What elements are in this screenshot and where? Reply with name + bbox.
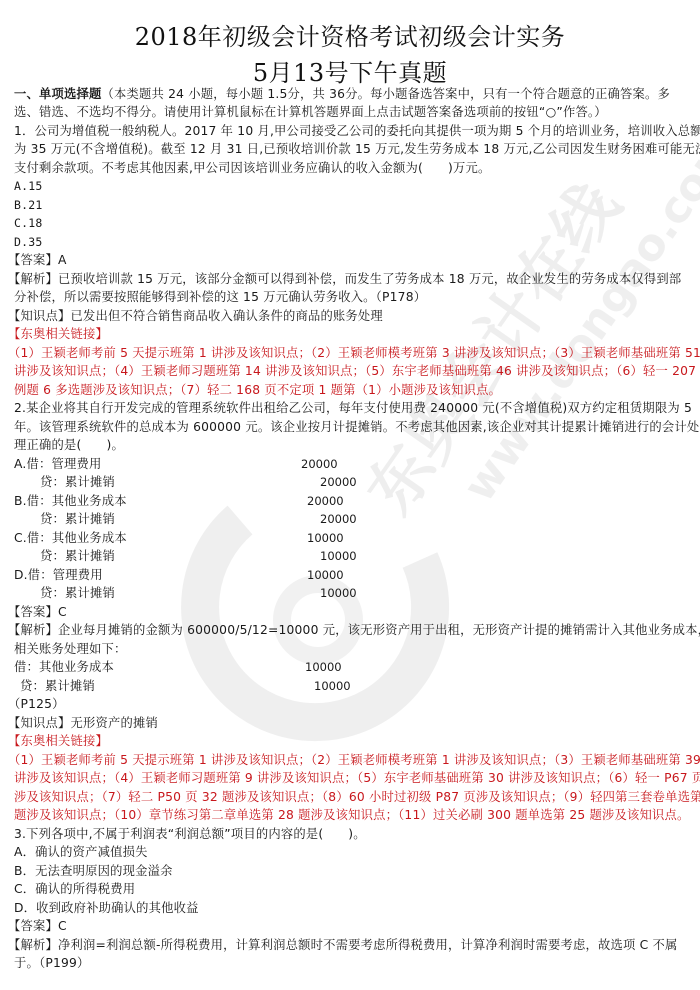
q2-related-links-line-3[interactable]: 涉及该知识点；（7）轻二 P50 页 32 题涉及该知识点；（8）60 小时过初… [14,788,700,806]
q1-option-a: A.15 [14,177,43,195]
q1-related-links-heading: 【东奥相关链接】 [8,325,108,343]
q2-option-a-debit: A.借：管理费用 [14,455,102,473]
q1-analysis-line-2: 分补偿，所以需要按照能够得到补偿的这 15 万元确认劳务收入。（P178） [14,288,426,306]
q1-answer: 【答案】A [8,251,67,269]
q2-analysis-line-2: 相关账务处理如下： [14,640,126,658]
q2-option-a-credit: 贷：累计摊销 [40,473,115,491]
q2-option-c-credit-amount: 10000 [320,547,357,565]
q2-stem-line-2: 年。该管理系统软件的总成本为 600000 元。该企业按月计提摊销。不考虑其他因… [14,418,699,436]
q2-stem-line-1: 2.某企业将其自行开发完成的管理系统软件出租给乙公司，每年支付使用费 24000… [14,399,692,417]
q2-page-ref: （P125） [8,695,65,713]
q2-entry-credit-amount: 10000 [314,677,351,695]
q2-option-c-credit: 贷：累计摊销 [40,547,115,565]
q2-option-d-debit: D.借：管理费用 [14,566,103,584]
q1-knowledge-point: 【知识点】已发出但不符合销售商品收入确认条件的商品的账务处理 [8,307,383,325]
exam-document: 2018年初级会计资格考试初级会计实务 5月13号下午真题 一、单项选择题（本类… [0,0,700,990]
q2-entry-debit: 借：其他业务成本 [14,658,114,676]
document-title: 2018年初级会计资格考试初级会计实务 [0,17,700,52]
q2-option-b-debit-amount: 20000 [307,492,344,510]
q2-option-d-credit-amount: 10000 [320,584,357,602]
q2-option-c-debit-amount: 10000 [307,529,344,547]
q2-option-a-debit-amount: 20000 [301,455,338,473]
q2-related-links-line-1[interactable]: （1）王颖老师考前 5 天提示班第 1 讲涉及该知识点；（2）王颖老师模考班第 … [8,751,700,769]
section-heading: 一、单项选择题 [14,87,101,101]
q2-related-links-line-2[interactable]: 讲涉及该知识点；（4）王颖老师习题班第 9 讲涉及该知识点；（5）东宇老师基础班… [14,769,700,787]
q1-option-d: D.35 [14,233,43,251]
q2-option-b-credit: 贷：累计摊销 [40,510,115,528]
q2-option-d-credit: 贷：累计摊销 [40,584,115,602]
q2-option-a-credit-amount: 20000 [320,473,357,491]
q3-analysis-line-2: 于。（P199） [14,954,90,972]
q1-stem-line-3: 支付剩余款项。不考虑其他因素,甲公司因该培训业务应确认的收入金额为( )万元。 [14,159,491,177]
q3-option-c: C．确认的所得税费用 [14,880,135,898]
q3-option-a: A．确认的资产减值损失 [14,843,148,861]
q1-option-c: C.18 [14,214,43,232]
q2-option-b-debit: B.借：其他业务成本 [14,492,127,510]
document-subtitle: 5月13号下午真题 [0,53,700,88]
q3-answer: 【答案】C [8,917,67,935]
q1-option-b: B.21 [14,196,43,214]
section-intro-line-2: 选、错选、不选均不得分。请使用计算机鼠标在计算机答题界面上点击试题答案备选项前的… [14,103,607,121]
q2-related-links-heading: 【东奥相关链接】 [8,732,108,750]
q1-related-links-line-1[interactable]: （1）王颖老师考前 5 天提示班第 1 讲涉及该知识点；（2）王颖老师模考班第 … [8,344,700,362]
q2-entry-debit-amount: 10000 [305,658,342,676]
q3-option-d: D．收到政府补助确认的其他收益 [14,899,199,917]
q2-option-b-credit-amount: 20000 [320,510,357,528]
q3-answer-value: C [58,919,67,933]
q1-stem-line-1: 1．公司为增值税一般纳税人。2017 年 10 月,甲公司接受乙公司的委托向其提… [14,122,700,140]
q2-stem-line-3: 理正确的是( )。 [14,436,124,454]
q2-answer: 【答案】C [8,603,67,621]
q1-answer-value: A [58,253,67,267]
q1-analysis-line-1: 【解析】已预收培训款 15 万元，该部分金额可以得到补偿，而发生了劳务成本 18… [8,270,681,288]
q1-related-links-line-3[interactable]: 例题 6 多选题涉及该知识点；（7）轻二 168 页不定项 1 题第（1）小题涉… [14,381,501,399]
q2-knowledge-point: 【知识点】无形资产的摊销 [8,714,158,732]
q2-option-d-debit-amount: 10000 [307,566,344,584]
q1-related-links-line-2[interactable]: 讲涉及该知识点；（4）王颖老师习题班第 14 讲涉及该知识点；（5）东宇老师基础… [14,362,700,380]
section-intro-line-1: 一、单项选择题（本类题共 24 小题，每小题 1.5分，共 36分。每小题备选答… [14,85,670,103]
q2-analysis-line-1: 【解析】企业每月摊销的金额为 600000/5/12=10000 元，该无形资产… [8,621,700,639]
q1-stem-line-2: 为 35 万元(不含增值税)。截至 12 月 31 日,已预收培训价款 15 万… [14,140,700,158]
q2-option-c-debit: C.借：其他业务成本 [14,529,127,547]
q2-related-links-line-4[interactable]: 题涉及该知识点；（10）章节练习第二章单选第 28 题涉及该知识点；（11）过关… [14,806,689,824]
q2-answer-value: C [58,605,67,619]
q2-entry-credit: 贷：累计摊销 [20,677,95,695]
q3-stem-line-1: 3.下列各项中,不属于利润表“利润总额”项目的内容的是( )。 [14,825,366,843]
q3-analysis-line-1: 【解析】净利润=利润总额-所得税费用，计算利润总额时不需要考虑所得税费用，计算净… [8,936,678,954]
q3-option-b: B．无法查明原因的现金溢余 [14,862,173,880]
